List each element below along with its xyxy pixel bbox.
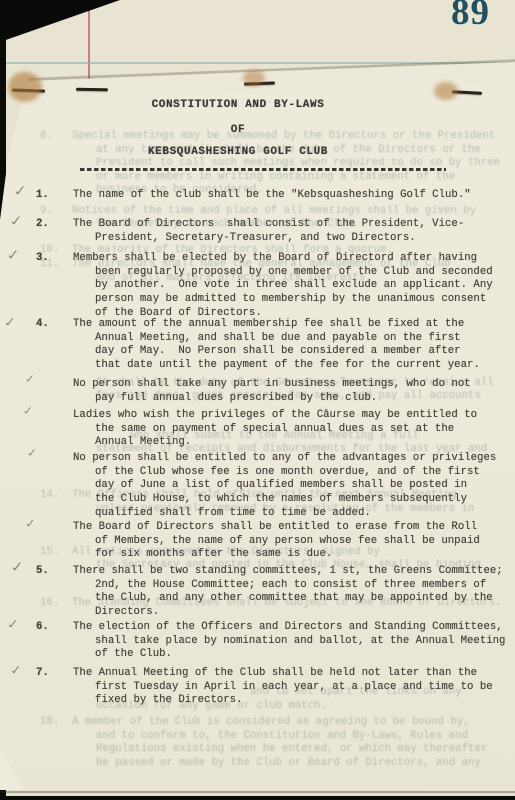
title-line-3: KEBSQUASHESHING GOLF CLUB xyxy=(0,146,476,158)
scanned-document: 89 8. Special meetings may be summoned b… xyxy=(0,0,515,800)
typed-line: The Board of Directors shall be entitled… xyxy=(73,521,515,535)
typed-line: The amount of the annual membership fee … xyxy=(73,318,515,332)
pencil-checkmark-icon: ✓ xyxy=(22,405,34,417)
typed-line: day of June a list of qualified members … xyxy=(73,479,515,493)
page-number: 89 xyxy=(451,0,490,34)
typed-line: fixed by the Directors. xyxy=(73,694,515,708)
item-number: 1. xyxy=(36,189,49,203)
typed-line: The Board of Directors shall consist of … xyxy=(73,218,515,232)
typed-line: Members shall be elected by the Board of… xyxy=(73,252,515,266)
typed-line: President, Secretary-Treasurer, and two … xyxy=(73,232,515,246)
bylaw-item-2: 2.The Board of Directors shall consist o… xyxy=(0,218,515,245)
bylaw-item-4: 4.The amount of the annual membership fe… xyxy=(0,318,515,373)
pencil-checkmark-icon: ✓ xyxy=(12,183,28,200)
typed-line: The Annual Meeting of the Club shall be … xyxy=(73,667,515,681)
bylaw-item-7: 7.The Annual Meeting of the Club shall b… xyxy=(0,667,515,708)
typed-line: the same on payment of special annual du… xyxy=(73,423,515,437)
typed-line: 2nd, the House Committee; each to consis… xyxy=(73,579,515,593)
item-number: 5. xyxy=(36,565,49,579)
pencil-checkmark-icon: ✓ xyxy=(5,247,21,264)
stain xyxy=(8,72,42,102)
item-number: 2. xyxy=(36,218,49,232)
typed-line: that date until the payment of the fee f… xyxy=(73,359,515,373)
typed-line: There shall be two standing committees, … xyxy=(73,565,515,579)
sheet-bottom-edge xyxy=(0,791,515,793)
pencil-checkmark-icon: ✓ xyxy=(9,559,25,576)
typed-sheet: 8. Special meetings may be summoned by t… xyxy=(0,0,515,800)
typed-line: of Members, the name of any person whose… xyxy=(73,535,515,549)
typed-line: Ladies who wish the privileges of the Cā… xyxy=(73,409,515,423)
pencil-checkmark-icon: ✓ xyxy=(6,616,21,632)
typed-line: day of May. No Person shall be considere… xyxy=(73,345,515,359)
item-number: 7. xyxy=(36,667,49,681)
typed-line: The election of the Officers and Directo… xyxy=(73,621,515,635)
pencil-checkmark-icon: ✓ xyxy=(24,373,36,385)
pencil-checkmark-icon: ✓ xyxy=(3,314,18,330)
typed-line: qualified shall from time to time be add… xyxy=(73,507,515,521)
typed-line: person may be admitted to membership by … xyxy=(73,293,515,307)
item-number: 4. xyxy=(36,318,49,332)
typed-line: The name of the club shall be the "Kebsq… xyxy=(73,189,515,203)
item-number: 3. xyxy=(36,252,49,266)
dashed-divider xyxy=(80,168,446,171)
typed-line: No person shall take any part in busines… xyxy=(73,378,515,392)
typed-line: by another. One vote in three shall excl… xyxy=(73,279,515,293)
typed-line: Directors. xyxy=(73,606,515,620)
typed-line: shall take place by nomination and ballo… xyxy=(73,635,515,649)
typed-line: of the Club whose fee is one month overd… xyxy=(73,466,515,480)
title-line-1: CONSTITUTION AND BY-LAWS xyxy=(0,99,476,111)
item-number: 6. xyxy=(36,621,49,635)
typed-line: the Club, and any other committee that m… xyxy=(73,592,515,606)
typed-line: Annual Meeting, and shall be due and pay… xyxy=(73,332,515,346)
bylaw-paragraph: No person shall take any part in busines… xyxy=(0,378,515,405)
typed-line: Annual Meeting. xyxy=(73,436,515,450)
typed-line: the Club House, to which the names of me… xyxy=(73,493,515,507)
typed-content: CONSTITUTION AND BY-LAWS OF KEBSQUASHESH… xyxy=(0,0,515,800)
stain xyxy=(434,82,458,100)
ledger-rule-red xyxy=(88,0,90,82)
staple xyxy=(76,88,108,91)
typed-line: pay full annual dues prescribed by the c… xyxy=(73,392,515,406)
bylaw-item-1: 1.The name of the club shall be the "Keb… xyxy=(0,189,515,203)
title-line-2: OF xyxy=(0,124,476,136)
bylaw-paragraph: Ladies who wish the privileges of the Cā… xyxy=(0,409,515,450)
pencil-checkmark-icon: ✓ xyxy=(26,447,38,459)
typed-line: No person shall be entitled to any of th… xyxy=(73,452,515,466)
bylaw-paragraph: No person shall be entitled to any of th… xyxy=(0,452,515,521)
bylaw-paragraph: The Board of Directors shall be entitled… xyxy=(0,521,515,562)
typed-line: first Tuesday in April in each year, at … xyxy=(73,681,515,695)
typed-line: for six months after the same is due. xyxy=(73,548,515,562)
pencil-checkmark-icon: ✓ xyxy=(9,662,24,678)
bylaw-item-3: 3.Members shall be elected by the Board … xyxy=(0,252,515,321)
typed-line: of the Club. xyxy=(73,648,515,662)
bylaw-item-5: 5.There shall be two standing committees… xyxy=(0,565,515,620)
bylaw-item-6: 6.The election of the Officers and Direc… xyxy=(0,621,515,662)
stain xyxy=(243,70,265,86)
pencil-checkmark-icon: ✓ xyxy=(24,516,38,531)
typed-line: been regularly proposed by one member of… xyxy=(73,266,515,280)
pencil-checkmark-icon: ✓ xyxy=(8,213,24,230)
